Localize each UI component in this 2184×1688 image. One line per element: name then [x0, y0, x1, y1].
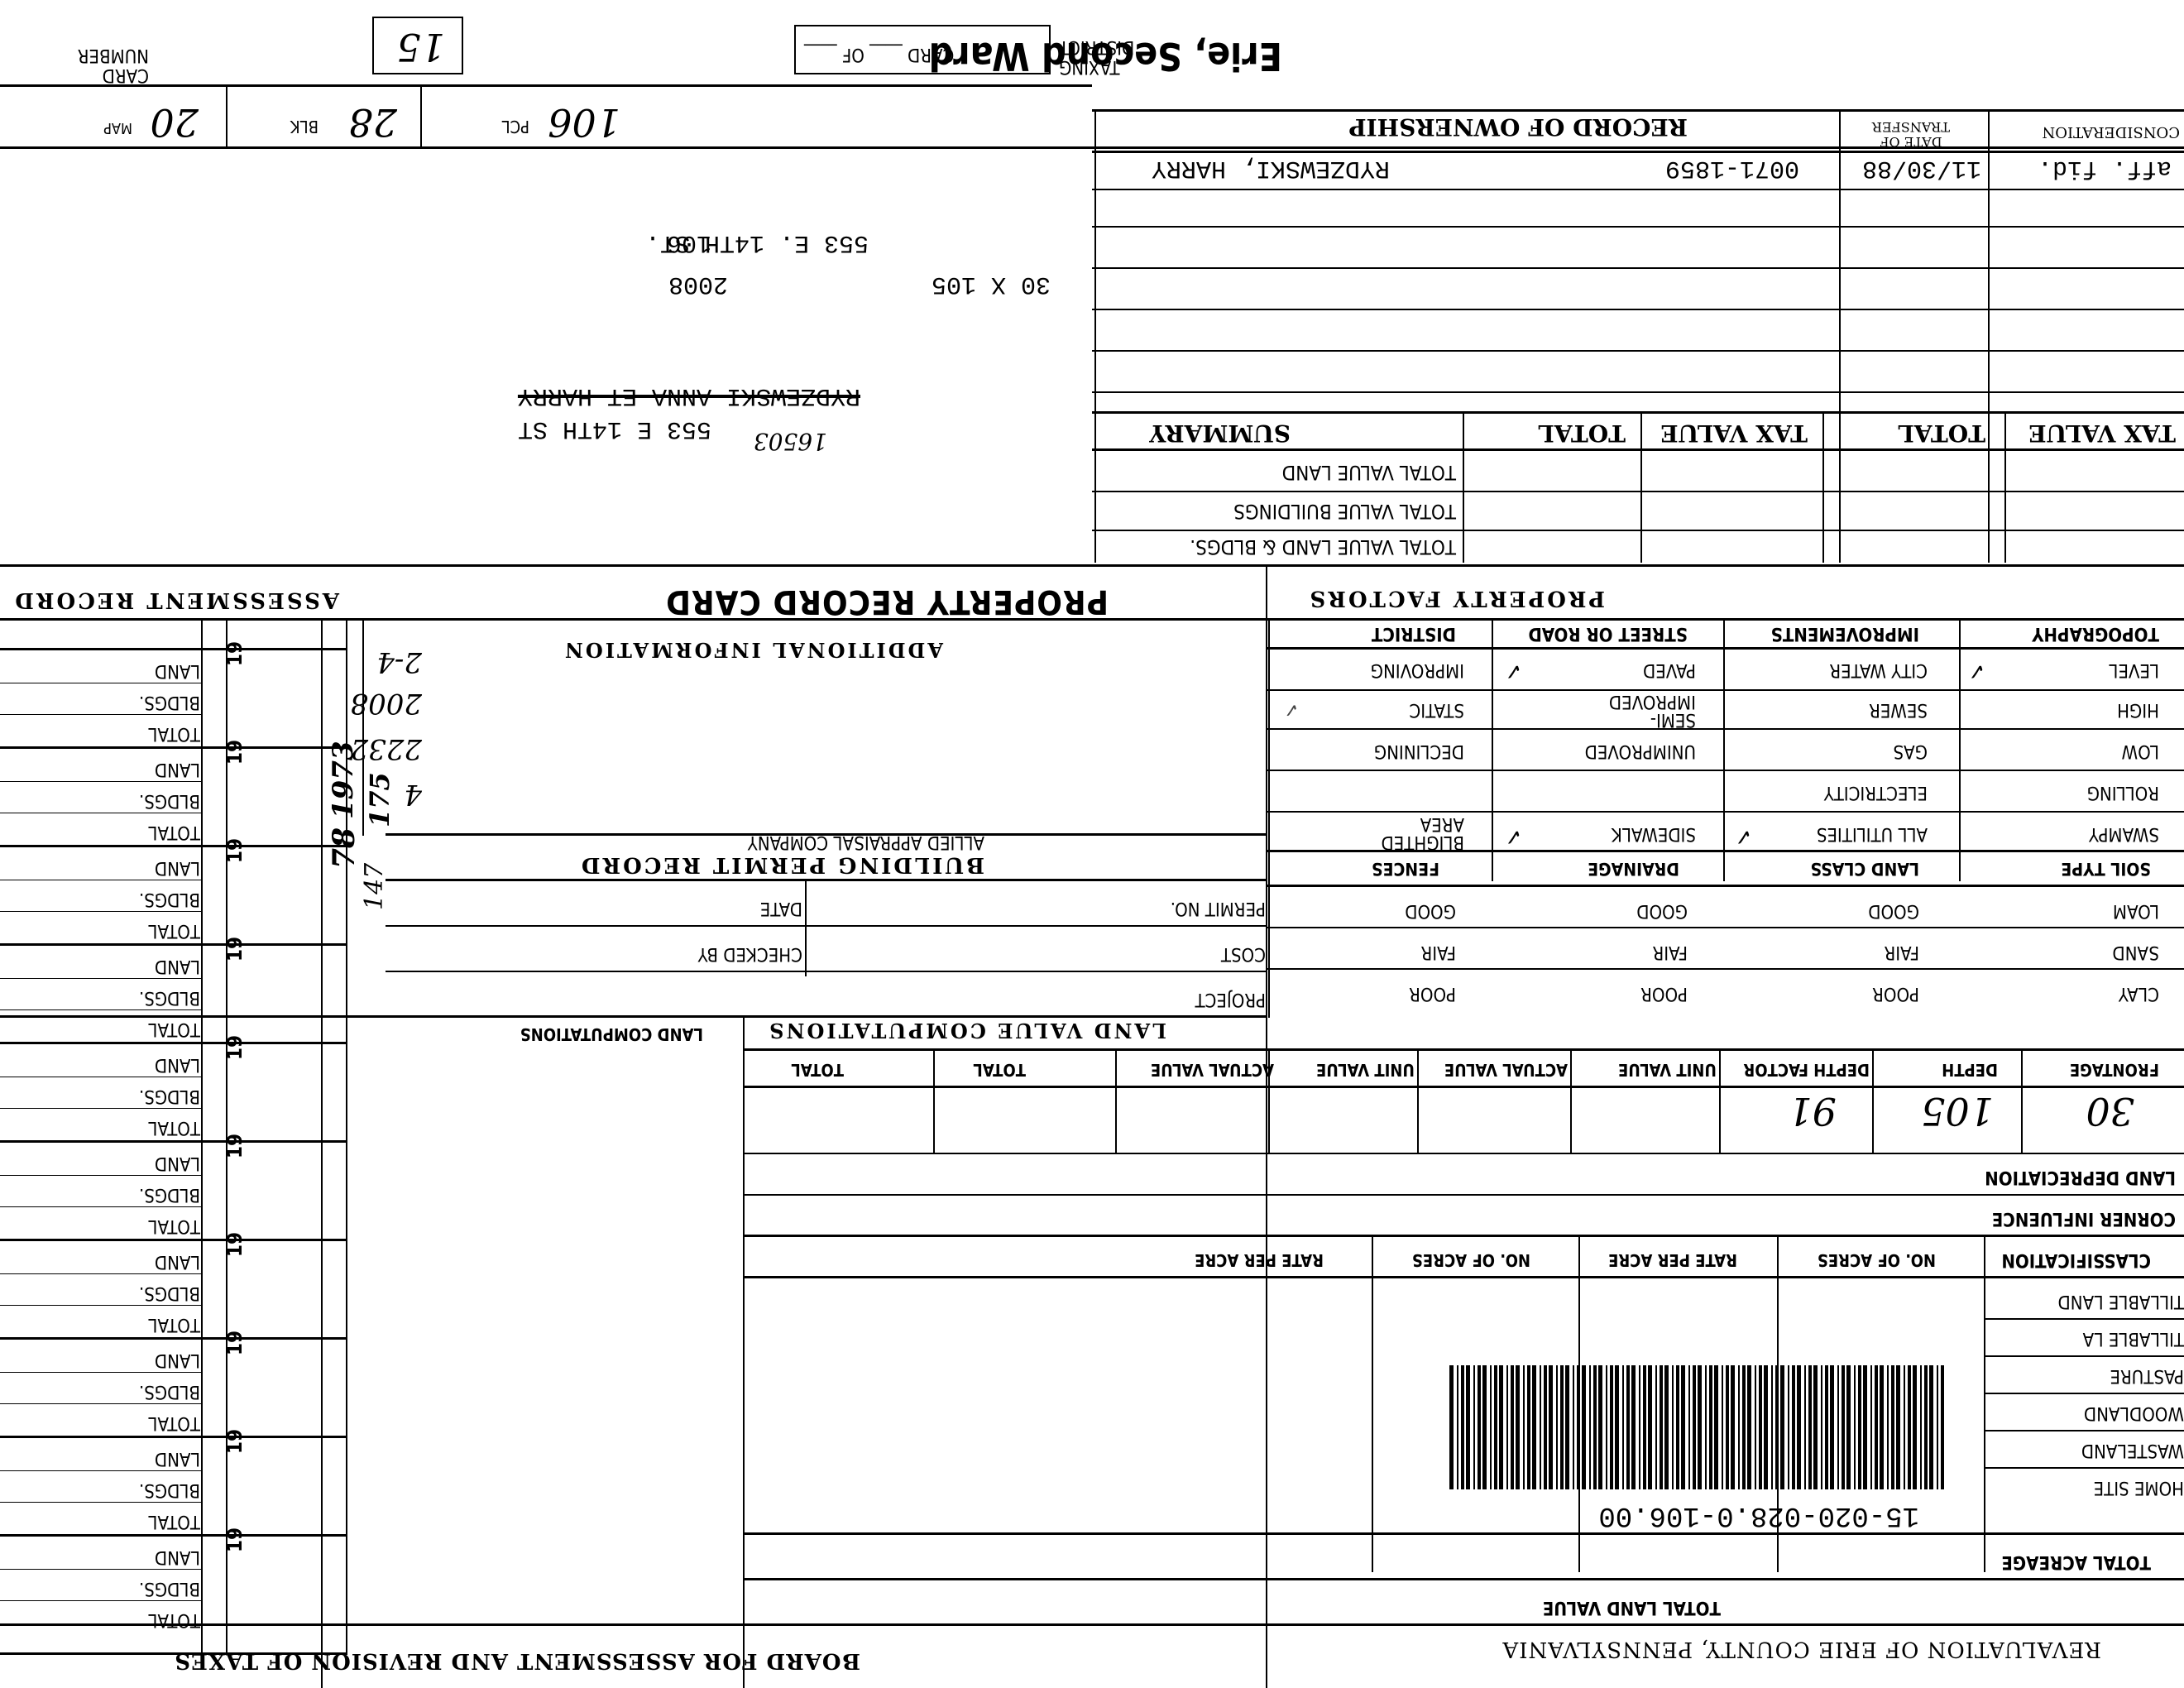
- assessment-row-label[interactable]: BLDGS.: [139, 987, 200, 1008]
- divider: [1839, 112, 1841, 563]
- acreage-row[interactable]: TILLABLE LA: [2083, 1328, 2184, 1349]
- divider: [743, 1018, 745, 1688]
- assessment-row-label[interactable]: BLDGS.: [139, 1086, 200, 1106]
- assessment-row-label[interactable]: LAND: [155, 1547, 200, 1567]
- consideration-header: CONSIDERATION: [2043, 123, 2180, 141]
- factor-all-utilities[interactable]: ALL UTILITIES: [1817, 823, 1928, 844]
- corner-influence-label[interactable]: CORNER INFLUENCE: [1992, 1208, 2176, 1229]
- actual-value-header: ACTUAL VALUE: [1444, 1060, 1568, 1080]
- previous-owner: RYDZEWSKI ANNA ET HARRY: [518, 381, 860, 410]
- assessment-year-prefix: 19: [223, 937, 247, 961]
- ownership-line: [1092, 267, 2184, 269]
- divider: [1092, 448, 2184, 451]
- deed-book-page: 0071-1859: [1665, 154, 1799, 182]
- improvements-header: IMPROVEMENTS: [1771, 623, 1919, 644]
- divider: [0, 84, 1092, 87]
- factor-high[interactable]: HIGH: [2117, 699, 2159, 720]
- parcel-line1-address: 553 E. 14TH ST.: [645, 228, 869, 257]
- divider: [745, 1194, 2184, 1196]
- handwritten-note: 2008: [350, 687, 422, 720]
- divider: [0, 1077, 203, 1077]
- card-number-label: CARD NUMBER: [50, 45, 149, 84]
- factor-improving[interactable]: IMPROVING: [1371, 659, 1464, 680]
- divider: [1267, 811, 2184, 813]
- divider: [0, 1372, 203, 1373]
- soil-loam[interactable]: LOAM: [2113, 900, 2159, 921]
- divider: [1417, 1051, 1419, 1154]
- divider: [226, 87, 227, 149]
- owner-name: RYDZEWSKI, HARRY: [1152, 154, 1390, 182]
- factor-unimproved[interactable]: UNIMPROVED: [1585, 741, 1696, 761]
- factor-level[interactable]: LEVEL: [2109, 659, 2159, 680]
- assessment-row-label[interactable]: LAND: [155, 857, 200, 878]
- depth-header: DEPTH: [1942, 1060, 1998, 1080]
- factor-rolling[interactable]: ROLLING: [2087, 782, 2159, 803]
- summary-total-header-2: TOTAL: [1898, 420, 1985, 447]
- divider: [745, 1235, 2184, 1237]
- factor-paved[interactable]: PAVED: [1643, 659, 1696, 680]
- divider: [0, 1502, 203, 1503]
- acreage-row[interactable]: PASTURE: [2110, 1365, 2184, 1386]
- depth-value[interactable]: 105: [1921, 1089, 1994, 1134]
- divider: [201, 621, 203, 1655]
- land-computations-title: LAND COMPUTATIONS: [520, 1024, 703, 1044]
- assessment-row-label[interactable]: BLDGS.: [139, 790, 200, 811]
- fences-poor[interactable]: POOR: [1409, 983, 1456, 1004]
- land-depreciation-label[interactable]: LAND DEPRECIATION: [1985, 1167, 2176, 1187]
- divider: [1719, 1051, 1721, 1154]
- soil-type-header: SOIL TYPE: [2061, 859, 2151, 879]
- taxing-district-value: Erie, Second Ward: [929, 34, 1282, 79]
- topography-header: TOPOGRAPHY: [2032, 623, 2159, 644]
- divider: [1267, 927, 2184, 928]
- parcel-line2-code: 2008: [668, 270, 728, 298]
- divider: [0, 618, 1267, 621]
- assessment-value-handwritten: 175: [364, 772, 395, 827]
- transfer-date: 11/30/88: [1862, 154, 1981, 182]
- assessment-row-label[interactable]: BLDGS.: [139, 1381, 200, 1402]
- drainage-good[interactable]: GOOD: [1636, 900, 1688, 921]
- divider: [933, 1051, 935, 1154]
- assessment-row-label[interactable]: BLDGS.: [139, 1184, 200, 1205]
- classification-header: CLASSIFICATION: [2001, 1249, 2151, 1270]
- assessment-row-label[interactable]: TOTAL: [148, 920, 200, 941]
- assessment-row-label[interactable]: BLDGS.: [139, 1283, 200, 1303]
- divider: [0, 1042, 347, 1044]
- property-factors-title: PROPERTY FACTORS: [1308, 586, 1605, 611]
- divider: [0, 1009, 203, 1010]
- divider: [0, 978, 203, 979]
- check-mark-icon: ✓: [1284, 698, 1299, 722]
- blk-label: BLK: [290, 117, 318, 137]
- additional-info-title: ADDITIONAL INFORMATION: [563, 638, 943, 662]
- revaluation-title: REVALUATION OF ERIE COUNTY, PENNSYLVANIA: [1501, 1637, 2101, 1662]
- divider: [0, 1403, 203, 1404]
- depth-factor-header: DEPTH FACTOR: [1743, 1060, 1870, 1080]
- assessment-year-prefix: 19: [223, 641, 247, 666]
- divider: [1463, 414, 1464, 563]
- divider: [1570, 1051, 1572, 1154]
- divider: [0, 1305, 203, 1306]
- pcl-label: PCL: [502, 117, 529, 137]
- divider: [745, 1048, 2184, 1051]
- assessment-year-prefix: 19: [223, 1035, 247, 1060]
- factor-city-water[interactable]: CITY WATER: [1829, 659, 1928, 680]
- district-header: DISTRICT: [1372, 623, 1456, 644]
- divider: [1267, 850, 2184, 852]
- divider: [745, 1276, 2184, 1278]
- divider: [386, 833, 1267, 836]
- summary-label: TOTAL VALUE LAND & BLDGS.: [1190, 535, 1456, 559]
- acres-header-2: NO. OF ACRES: [1412, 1250, 1530, 1270]
- divider: [0, 1569, 203, 1570]
- divider: [0, 1436, 347, 1438]
- assessment-row-label[interactable]: TOTAL: [148, 1216, 200, 1236]
- factor-sewer[interactable]: SEWER: [1869, 699, 1928, 720]
- divider: [1872, 1051, 1874, 1154]
- divider: [1267, 618, 2184, 621]
- blk-value[interactable]: 28: [348, 100, 397, 145]
- summary-tax-value-header: TAX VALUE: [1660, 420, 1808, 447]
- permit-date-label[interactable]: DATE: [760, 898, 802, 918]
- divider: [1092, 491, 2184, 492]
- assessment-year-prefix: 19: [223, 740, 247, 765]
- assessment-row-label[interactable]: LAND: [155, 956, 200, 976]
- divider: [0, 911, 203, 912]
- total-header-2: TOTAL: [791, 1060, 844, 1080]
- street-road-header: STREET OR ROAD: [1528, 623, 1688, 644]
- assessment-year-handwritten-2: 1973: [327, 741, 360, 819]
- permit-no-label[interactable]: PERMIT NO.: [1171, 898, 1266, 918]
- soil-sand[interactable]: SAND: [2112, 942, 2159, 962]
- divider: [0, 746, 347, 749]
- summary-tax-value-header-2: TAX VALUE: [2028, 420, 2176, 447]
- ownership-line: [1092, 309, 2184, 310]
- divider: [1268, 1051, 1270, 1154]
- check-mark-icon: ✓: [1735, 823, 1752, 851]
- divider: [745, 1153, 2184, 1154]
- divider: [2004, 414, 2006, 563]
- project-label[interactable]: PROJECT: [1195, 989, 1266, 1009]
- divider: [0, 1108, 203, 1109]
- frontage-value[interactable]: 30: [2086, 1089, 2134, 1134]
- divider: [1267, 770, 2184, 771]
- summary-label: TOTAL VALUE BUILDINGS: [1233, 500, 1456, 523]
- divider: [1985, 1355, 2184, 1357]
- unit-value-header: UNIT VALUE: [1618, 1060, 1717, 1080]
- divider: [0, 1015, 1267, 1018]
- factor-semi-improved[interactable]: SEMI-IMPROVED: [1597, 692, 1696, 728]
- factor-static[interactable]: STATIC: [1409, 699, 1464, 720]
- divider: [0, 1175, 203, 1176]
- pcl-value[interactable]: 106: [548, 100, 620, 145]
- zip-handwritten: 16503: [754, 428, 827, 455]
- divider: [1092, 530, 2184, 531]
- building-permit-title: BUILDING PERMIT RECORD: [579, 852, 984, 877]
- land-class-header: LAND CLASS: [1810, 859, 1919, 879]
- acreage-row[interactable]: WOODLAND: [2084, 1403, 2184, 1423]
- divider: [1267, 728, 2184, 730]
- property-record-card-title: PROPERTY RECORD CARD: [665, 583, 1109, 621]
- divider: [1267, 647, 2184, 650]
- acres-header: NO. OF ACRES: [1818, 1250, 1936, 1270]
- divider: [1492, 621, 1493, 881]
- divider: [0, 1206, 203, 1207]
- divider: [1092, 151, 2184, 153]
- divider: [386, 971, 1267, 972]
- divider: [1267, 968, 2184, 970]
- total-acreage-label: TOTAL ACREAGE: [2001, 1551, 2151, 1572]
- fences-good[interactable]: GOOD: [1405, 900, 1456, 921]
- assessment-row-label[interactable]: TOTAL: [148, 1117, 200, 1138]
- divider: [321, 621, 323, 1688]
- factor-declining[interactable]: DECLINING: [1374, 741, 1464, 761]
- acreage-row[interactable]: HOME SITE: [2094, 1477, 2184, 1498]
- land-value-title: LAND VALUE COMPUTATIONS: [767, 1019, 1166, 1043]
- divider: [0, 1239, 347, 1241]
- property-record-card: CARD NUMBER CARD ____ OF ____ TAXING DIS…: [0, 0, 2184, 1688]
- assessment-row-label[interactable]: BLDGS.: [139, 1479, 200, 1500]
- divider: [0, 564, 2184, 567]
- assessment-row-label[interactable]: LAND: [155, 759, 200, 779]
- divider: [1723, 621, 1725, 881]
- fences-header: FENCES: [1372, 859, 1439, 879]
- factor-sidewalk[interactable]: SIDEWALK: [1612, 823, 1696, 844]
- summary-label: TOTAL VALUE LAND: [1282, 461, 1456, 484]
- factor-swampy[interactable]: SWAMPY: [2089, 823, 2159, 844]
- divider: [0, 845, 347, 847]
- ownership-line: [1092, 350, 2184, 352]
- acreage-row[interactable]: TILLABLE LAND: [2058, 1291, 2184, 1312]
- divider: [1985, 1467, 2184, 1469]
- divider: [1092, 109, 2184, 112]
- ownership-title: RECORD OF OWNERSHIP: [1349, 113, 1688, 141]
- assessment-row-label[interactable]: LAND: [155, 1251, 200, 1272]
- assessment-year-prefix: 19: [223, 1429, 247, 1454]
- assessment-row-label[interactable]: BLDGS.: [139, 1578, 200, 1599]
- date-of-transfer-header: DATE OF TRANSFER: [1841, 119, 1981, 149]
- assessment-row-label[interactable]: TOTAL: [148, 822, 200, 842]
- divider: [0, 683, 203, 683]
- assessment-row-label[interactable]: LAND: [155, 660, 200, 681]
- depth-factor-value[interactable]: 91: [1788, 1089, 1837, 1134]
- map-value[interactable]: 20: [150, 100, 199, 145]
- acreage-row[interactable]: WASTELAND: [2081, 1440, 2184, 1460]
- divider: [1267, 689, 2184, 691]
- factor-electricity[interactable]: ELECTRICITY: [1824, 782, 1928, 803]
- divider: [1985, 1430, 2184, 1431]
- rate-header-2: RATE PER ACRE: [1195, 1250, 1324, 1270]
- divider: [386, 925, 1267, 927]
- divider: [1092, 189, 2184, 190]
- divider: [0, 813, 203, 813]
- assessment-row-label[interactable]: TOTAL: [148, 1511, 200, 1532]
- assessment-row-label[interactable]: TOTAL: [148, 1412, 200, 1433]
- drainage-poor[interactable]: POOR: [1640, 983, 1688, 1004]
- factor-blighted-area[interactable]: BLIGHTED AREA: [1348, 814, 1464, 851]
- divider: [1266, 567, 1267, 1688]
- factor-low[interactable]: LOW: [2122, 741, 2159, 761]
- divider: [1988, 112, 1990, 563]
- divider: [1640, 414, 1642, 563]
- total-land-value-label: TOTAL LAND VALUE: [1543, 1597, 1721, 1618]
- rate-header: RATE PER ACRE: [1608, 1250, 1737, 1270]
- divider: [1822, 414, 1824, 563]
- divider: [745, 1532, 2184, 1535]
- divider: [0, 1470, 203, 1471]
- assessment-row-label[interactable]: TOTAL: [148, 1609, 200, 1630]
- land-class-fair[interactable]: FAIR: [1885, 942, 1920, 962]
- cost-label[interactable]: COST: [1221, 943, 1266, 964]
- parcel-dims: 30 X 105: [932, 270, 1051, 298]
- assessment-row-label[interactable]: LAND: [155, 1448, 200, 1469]
- divider: [0, 648, 347, 650]
- divider: [1267, 885, 2184, 887]
- assessment-year-prefix: 19: [223, 1134, 247, 1158]
- ownership-line: [1092, 226, 2184, 228]
- divider: [0, 880, 203, 880]
- divider: [2021, 1051, 2023, 1154]
- divider: [1984, 1237, 1985, 1572]
- divider: [1985, 1318, 2184, 1320]
- assessment-record-title: ASSESSMENT RECORD: [12, 587, 339, 612]
- divider: [805, 881, 807, 976]
- checked-by-label[interactable]: CHECKED BY: [697, 943, 802, 964]
- divider: [386, 879, 1267, 881]
- frontage-header: FRONTAGE: [2070, 1060, 2159, 1080]
- handwritten-note: 2-4: [376, 645, 422, 679]
- divider: [0, 1534, 347, 1537]
- divider: [1959, 621, 1961, 881]
- divider: [1372, 1237, 1373, 1572]
- divider: [0, 1652, 347, 1655]
- ownership-line: [1092, 391, 2184, 393]
- divider: [420, 87, 422, 149]
- assessment-row-label[interactable]: TOTAL: [148, 1314, 200, 1335]
- district-code-box: 15: [372, 17, 463, 74]
- check-mark-icon: ✓: [1968, 658, 1985, 685]
- assessment-row-label[interactable]: LAND: [155, 1153, 200, 1173]
- divider: [745, 1578, 2184, 1580]
- divider: [745, 1086, 2184, 1088]
- handwritten-note: 2232: [350, 732, 422, 765]
- summary-total-header: TOTAL: [1538, 420, 1626, 447]
- divider: [0, 943, 347, 946]
- summary-header: SUMMARY: [1149, 420, 1291, 447]
- divider: [1985, 1393, 2184, 1394]
- assessment-year-handwritten: 78: [327, 827, 362, 869]
- assessment-row-label[interactable]: TOTAL: [148, 723, 200, 744]
- divider: [0, 781, 203, 782]
- map-label: MAP: [103, 119, 132, 137]
- divider: [0, 1600, 203, 1601]
- assessment-row-label[interactable]: BLDGS.: [139, 692, 200, 712]
- assessment-year-prefix: 19: [223, 838, 247, 863]
- total-header: TOTAL: [973, 1060, 1026, 1080]
- consideration-value: aff. fid.: [2038, 154, 2172, 182]
- divider: [0, 1273, 203, 1274]
- assessment-year-prefix: 19: [223, 1331, 247, 1355]
- divider: [1115, 1051, 1117, 1154]
- divider: [1092, 411, 2184, 414]
- assessment-value-handwritten-2: 147: [360, 863, 389, 910]
- barcode-icon: [1448, 1365, 1944, 1489]
- land-class-poor[interactable]: POOR: [1872, 983, 1919, 1004]
- unit-value-header-2: UNIT VALUE: [1316, 1060, 1415, 1080]
- divider: [0, 1337, 347, 1340]
- land-class-good[interactable]: GOOD: [1868, 900, 1919, 921]
- soil-clay[interactable]: CLAY: [2119, 983, 2159, 1004]
- district-code: 15: [396, 25, 445, 70]
- divider: [0, 1140, 347, 1143]
- property-address: 553 E 14TH ST: [518, 415, 711, 443]
- divider: [0, 714, 203, 715]
- assessment-year-prefix: 19: [223, 1232, 247, 1257]
- drainage-fair[interactable]: FAIR: [1653, 942, 1688, 962]
- drainage-header: DRAINAGE: [1588, 859, 1679, 879]
- assessment-row-label[interactable]: LAND: [155, 1054, 200, 1075]
- barcode-id: 15-020-028.0-106.00: [1598, 1499, 1919, 1531]
- assessment-year-prefix: 19: [223, 1527, 247, 1552]
- factor-gas[interactable]: GAS: [1894, 741, 1928, 761]
- assessment-row-label[interactable]: TOTAL: [148, 1019, 200, 1039]
- assessment-row-label[interactable]: BLDGS.: [139, 889, 200, 909]
- assessment-row-label[interactable]: LAND: [155, 1350, 200, 1370]
- divider: [1268, 621, 1270, 1018]
- actual-value-header-2: ACTUAL VALUE: [1151, 1060, 1274, 1080]
- fences-fair[interactable]: FAIR: [1421, 942, 1457, 962]
- divider: [0, 1623, 2184, 1626]
- handwritten-note: 4: [404, 778, 422, 811]
- divider: [1094, 414, 1096, 563]
- check-mark-icon: ✓: [1505, 658, 1522, 685]
- check-mark-icon: ✓: [1505, 823, 1522, 851]
